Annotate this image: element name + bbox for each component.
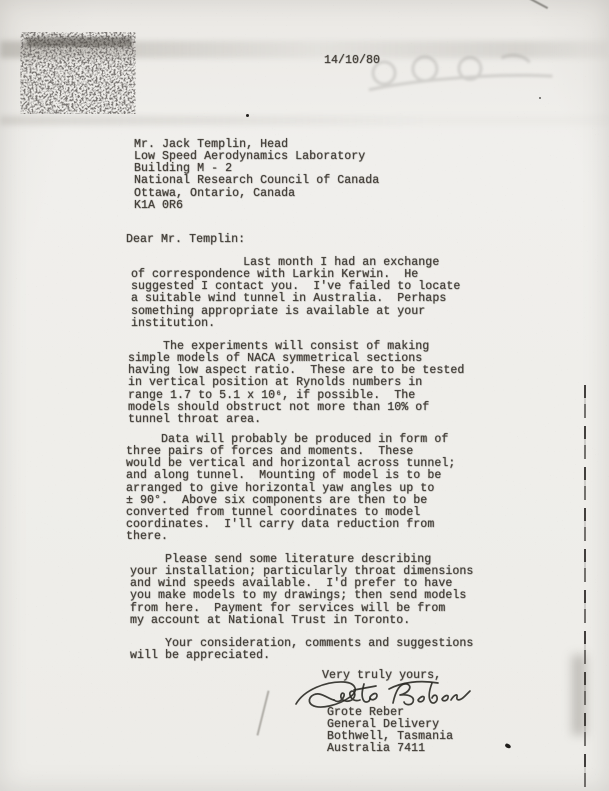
recipient-address: Mr. Jack Templin, Head Low Speed Aerodyn… [134, 139, 379, 212]
paragraph-1: Last month I had an exchange of correspo… [131, 257, 460, 330]
sender-address: Grote Reber General Delivery Bothwell, T… [327, 707, 453, 756]
ink-speck [539, 97, 541, 99]
right-edge-smudge [572, 655, 586, 735]
paragraph-5: Your consideration, comments and suggest… [130, 638, 473, 662]
salutation: Dear Mr. Templin: [126, 234, 245, 246]
letter-page: 14/10/80 Mr. Jack Templin, Head Low Spee… [0, 0, 609, 791]
paragraph-3: Data will probably be produced in form o… [126, 434, 455, 543]
scratch-mark [256, 691, 269, 736]
ink-speck [246, 114, 249, 117]
ink-speck [164, 238, 166, 240]
paragraph-4: Please send some literature describing y… [130, 554, 473, 627]
paragraph-2: The experiments will consist of making s… [128, 341, 464, 426]
faded-stamp [361, 41, 559, 99]
ink-speck [504, 743, 511, 749]
scan-smudge-band-2 [0, 116, 609, 125]
corner-mark [528, 0, 548, 9]
stamp-smudge-streak [26, 37, 132, 47]
